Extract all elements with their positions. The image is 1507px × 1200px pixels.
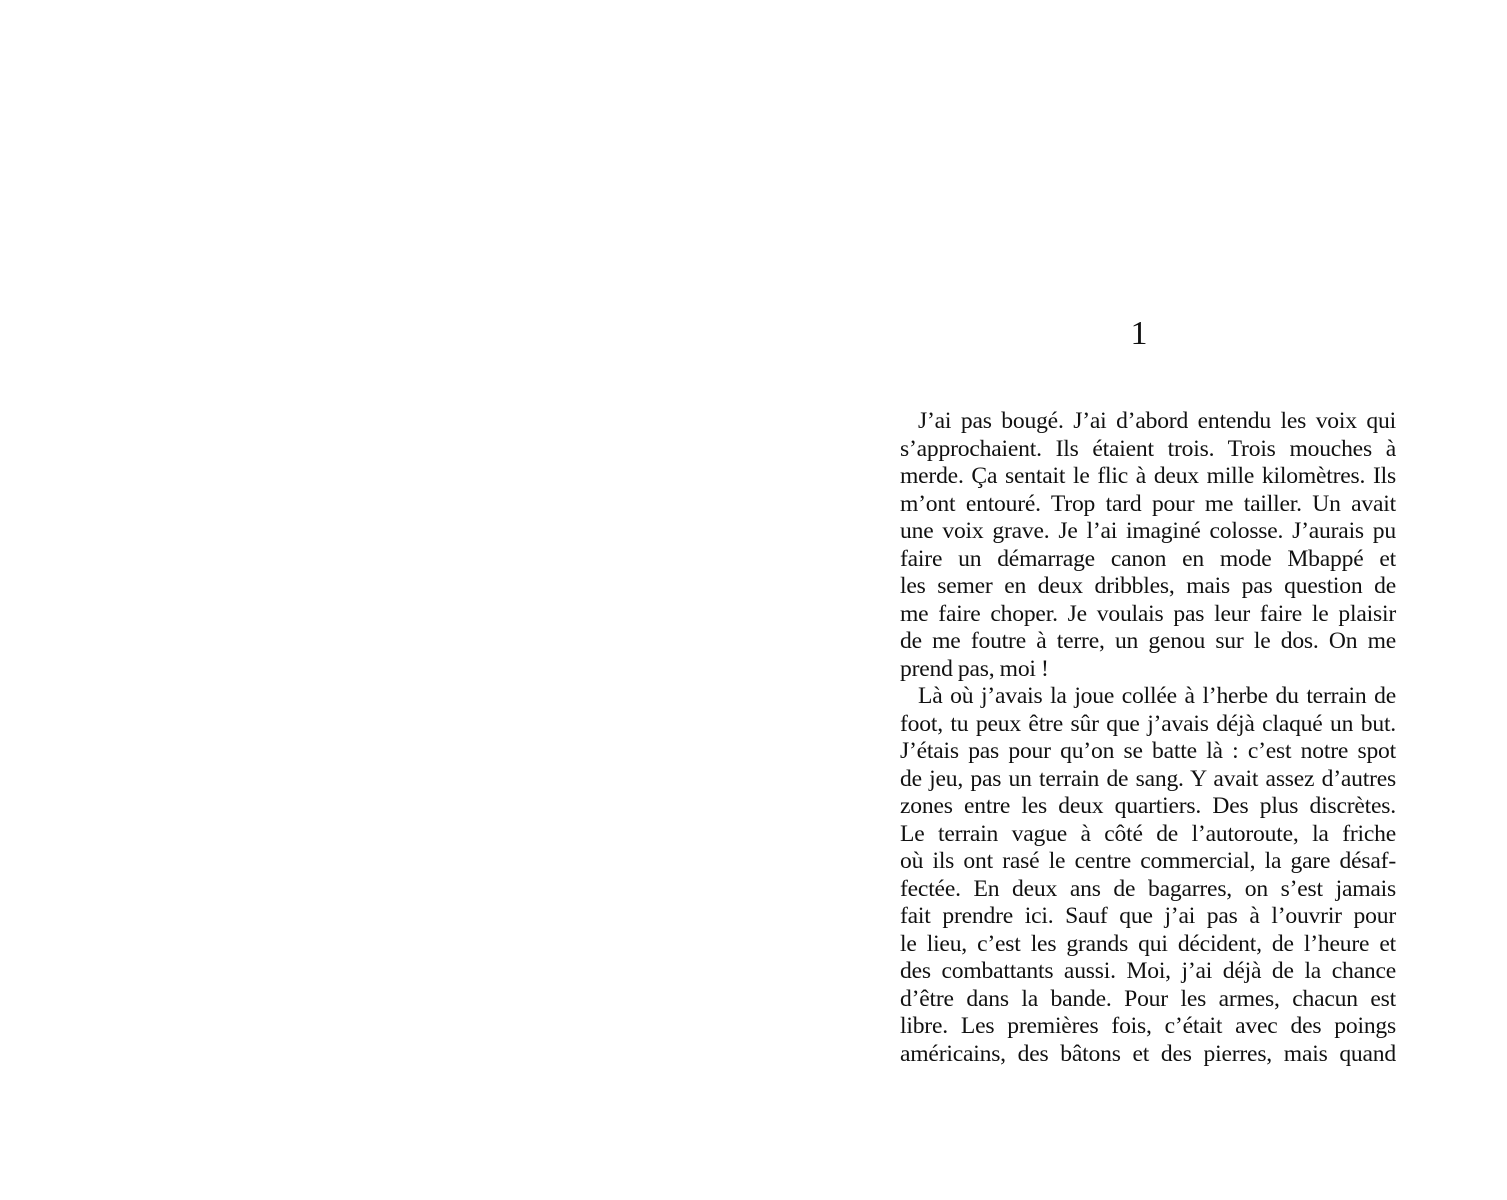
text-line: merde. Ça sentait le flic à deux mille k…	[882, 463, 1396, 491]
paragraph-2: Là où j’avais la joue collée à l’herbe d…	[882, 683, 1396, 1068]
text-line: d’être dans la bande. Pour les armes, ch…	[882, 986, 1396, 1014]
text-line: de me foutre à terre, un genou sur le do…	[882, 628, 1396, 656]
text-line: foot, tu peux être sûr que j’avais déjà …	[882, 711, 1396, 739]
text-line: où ils ont rasé le centre commercial, la…	[882, 848, 1396, 876]
text-line: Là où j’avais la joue collée à l’herbe d…	[882, 683, 1396, 711]
text-line: faire un démarrage canon en mode Mbappé …	[882, 546, 1396, 574]
book-spread: 1 J’ai pas bougé. J’ai d’abord entendu l…	[0, 0, 1507, 1200]
text-line: de jeu, pas un terrain de sang. Y avait …	[882, 766, 1396, 794]
text-line: les semer en deux dribbles, mais pas que…	[882, 573, 1396, 601]
text-line: le lieu, c’est les grands qui décident, …	[882, 931, 1396, 959]
text-line: libre. Les premières fois, c’était avec …	[882, 1013, 1396, 1041]
text-line: prend pas, moi !	[882, 656, 1396, 684]
text-line: fait prendre ici. Sauf que j’ai pas à l’…	[882, 903, 1396, 931]
chapter-number: 1	[1129, 314, 1149, 354]
text-line: américains, des bâtons et des pierres, m…	[882, 1041, 1396, 1069]
text-line: me faire choper. Je voulais pas leur fai…	[882, 601, 1396, 629]
text-line: une voix grave. Je l’ai imaginé colosse.…	[882, 518, 1396, 546]
text-line: zones entre les deux quartiers. Des plus…	[882, 793, 1396, 821]
text-line: J’étais pas pour qu’on se batte là : c’e…	[882, 738, 1396, 766]
text-line: fectée. En deux ans de bagarres, on s’es…	[882, 876, 1396, 904]
left-page-blank	[0, 0, 753, 1200]
text-line: m’ont entouré. Trop tard pour me tailler…	[882, 491, 1396, 519]
chapter-text: J’ai pas bougé. J’ai d’abord entendu les…	[882, 408, 1396, 1068]
right-page: 1 J’ai pas bougé. J’ai d’abord entendu l…	[753, 0, 1507, 1200]
paragraph-1: J’ai pas bougé. J’ai d’abord entendu les…	[882, 408, 1396, 683]
text-line: Le terrain vague à côté de l’autoroute, …	[882, 821, 1396, 849]
text-line: des combattants aussi. Moi, j’ai déjà de…	[882, 958, 1396, 986]
text-line: J’ai pas bougé. J’ai d’abord entendu les…	[882, 408, 1396, 436]
text-line: s’approchaient. Ils étaient trois. Trois…	[882, 436, 1396, 464]
